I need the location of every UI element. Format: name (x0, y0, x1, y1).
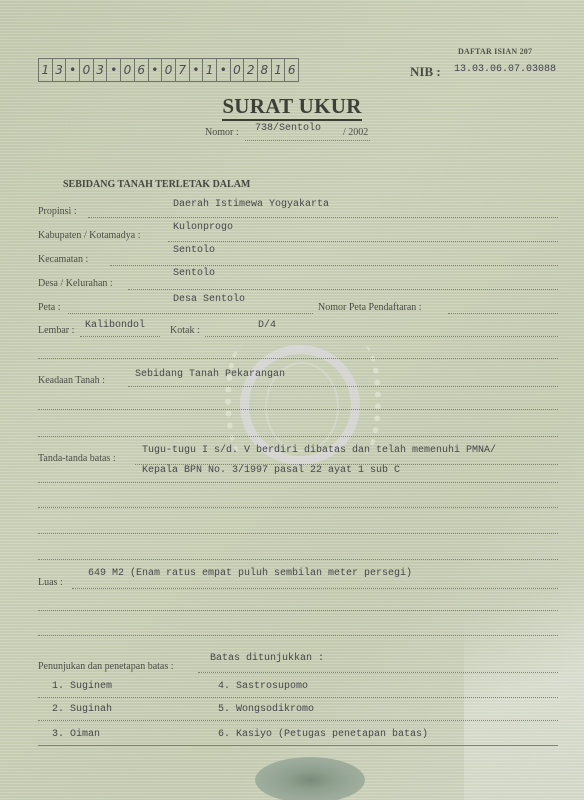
id-box-cell: 3 (53, 59, 67, 81)
blank-dotline (38, 358, 558, 359)
blank-dotline (38, 635, 558, 636)
blank-dotline (38, 533, 558, 534)
tanda-batas-line2: Kepala BPN No. 3/1997 pasal 22 ayat 1 su… (142, 465, 400, 476)
document-title-wrap: SURAT UKUR (0, 94, 584, 119)
penunjukan-dotline (198, 672, 558, 673)
desa-label: Desa / Kelurahan : (38, 278, 113, 289)
id-box-cell: • (217, 59, 231, 81)
id-box-cell: • (66, 59, 80, 81)
peta-value: Desa Sentolo (173, 294, 245, 305)
paper-sheen (464, 520, 584, 800)
kabupaten-dotline (168, 241, 558, 242)
kotak-value: D/4 (258, 320, 276, 331)
id-box-cell: 0 (231, 59, 245, 81)
kecamatan-dotline (110, 265, 558, 266)
kabupaten-value: Kulonprogo (173, 222, 233, 233)
penunjukan-label: Penunjukan dan penetapan batas : (38, 661, 174, 672)
id-box-cell: 7 (176, 59, 190, 81)
luas-value: 649 M2 (Enam ratus empat puluh sembilan … (88, 568, 412, 579)
blank-dotline (38, 436, 558, 437)
kecamatan-value: Sentolo (173, 245, 215, 256)
id-box-cell: 3 (94, 59, 108, 81)
lembar-label: Lembar : (38, 325, 74, 336)
nomor-peta-dotline (448, 313, 558, 314)
blank-dotline (38, 610, 558, 611)
desa-value: Sentolo (173, 268, 215, 279)
desa-dotline (128, 289, 558, 290)
person-2: 2. Suginah (52, 704, 112, 715)
lembar-value: Kalibondol (85, 320, 145, 331)
id-box-cell: 1 (39, 59, 53, 81)
id-box-cell: 1 (272, 59, 286, 81)
penunjukan-intro: Batas ditunjukkan : (210, 653, 324, 664)
blank-dotline (38, 507, 558, 508)
id-box-cell: 0 (80, 59, 94, 81)
luas-dotline (72, 588, 558, 589)
document-title: SURAT UKUR (222, 94, 361, 121)
id-box-cell: 6 (135, 59, 149, 81)
peta-label: Peta : (38, 302, 61, 313)
keadaan-tanah-value: Sebidang Tanah Pekarangan (135, 369, 285, 380)
people-dotline (38, 697, 558, 698)
parcel-id-boxes: 13•03•06•07•1•02816 (38, 58, 299, 82)
id-box-cell: • (149, 59, 163, 81)
keadaan-tanah-dotline (128, 386, 558, 387)
nomor-peta-label: Nomor Peta Pendaftaran : (318, 302, 422, 313)
kotak-label: Kotak : (170, 325, 200, 336)
kotak-dotline (205, 336, 558, 337)
id-box-cell: 8 (258, 59, 272, 81)
luas-label: Luas : (38, 577, 63, 588)
security-rosette-icon (255, 757, 365, 800)
person-1: 1. Suginem (52, 681, 112, 692)
keadaan-tanah-label: Keadaan Tanah : (38, 375, 105, 386)
propinsi-dotline (88, 217, 558, 218)
blank-dotline (38, 482, 558, 483)
nib-label: NIB : (410, 64, 441, 80)
person-4: 4. Sastrosupomo (218, 681, 308, 692)
nomor-dotline (245, 140, 370, 141)
person-6: 6. Kasiyo (Petugas penetapan batas) (218, 729, 428, 740)
section-heading: SEBIDANG TANAH TERLETAK DALAM (63, 179, 250, 190)
person-5: 5. Wongsodikromo (218, 704, 314, 715)
propinsi-label: Propinsi : (38, 206, 77, 217)
id-box-cell: • (190, 59, 204, 81)
blank-dotline (38, 559, 558, 560)
kecamatan-label: Kecamatan : (38, 254, 88, 265)
id-box-cell: 0 (162, 59, 176, 81)
kabupaten-label: Kabupaten / Kotamadya : (38, 230, 140, 241)
id-box-cell: 6 (285, 59, 298, 81)
lembar-dotline (80, 336, 160, 337)
id-box-cell: 1 (203, 59, 217, 81)
nomor-label: Nomor : (205, 127, 239, 138)
propinsi-value: Daerah Istimewa Yogyakarta (173, 199, 329, 210)
tanda-batas-label: Tanda-tanda batas : (38, 453, 116, 464)
peta-dotline (68, 313, 313, 314)
people-dotline (38, 720, 558, 721)
nomor-value: 738/Sentolo (255, 123, 321, 134)
id-box-cell: • (107, 59, 121, 81)
nib-value: 13.03.06.07.03088 (454, 64, 556, 75)
form-code: DAFTAR ISIAN 207 (458, 47, 532, 56)
id-box-cell: 2 (244, 59, 258, 81)
person-3: 3. Oiman (52, 729, 100, 740)
bottom-rule (38, 745, 558, 746)
blank-dotline (38, 409, 558, 410)
id-box-cell: 0 (121, 59, 135, 81)
tanda-batas-line1: Tugu-tugu I s/d. V berdiri dibatas dan t… (142, 445, 496, 456)
nomor-year: / 2002 (343, 127, 368, 138)
